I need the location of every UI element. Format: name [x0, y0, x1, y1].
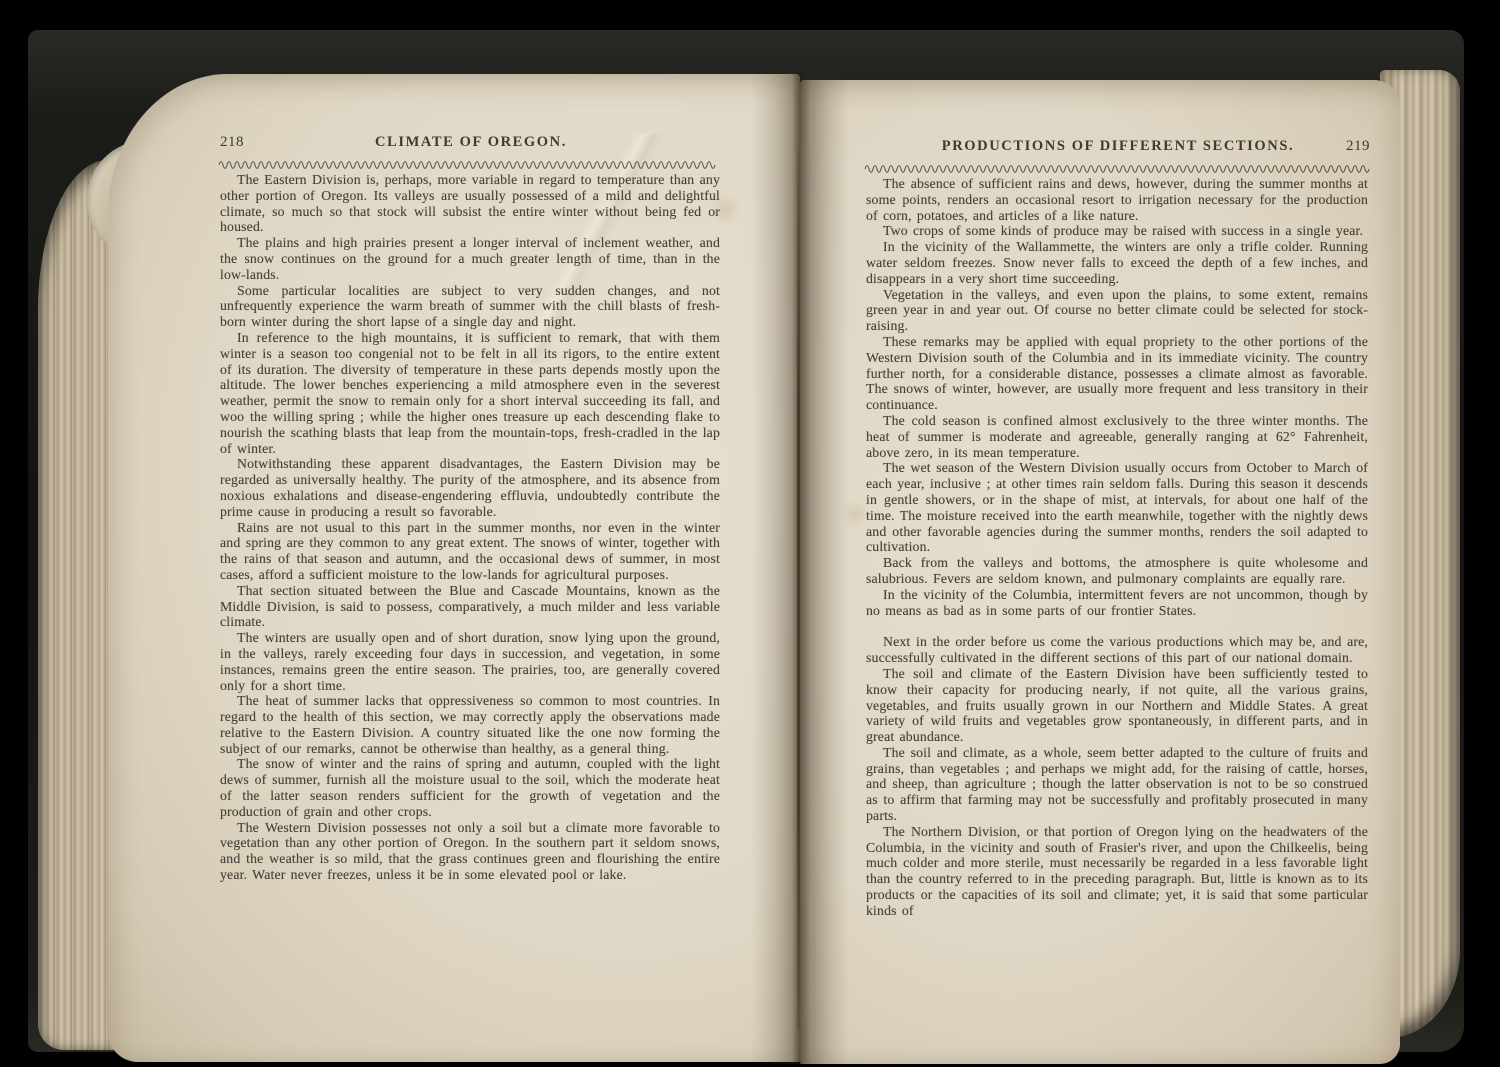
paragraph: The Eastern Division is, perhaps, more v…: [220, 172, 720, 235]
paragraph: Rains are not usual to this part in the …: [220, 520, 720, 583]
paragraph: The Western Division possesses not only …: [220, 820, 720, 883]
paragraph: The Northern Division, or that portion o…: [866, 824, 1368, 919]
paragraph: The winters are usually open and of shor…: [220, 630, 720, 693]
right-page-text: The absence of sufficient rains and dews…: [866, 176, 1368, 919]
paragraph: The plains and high prairies present a l…: [220, 235, 720, 282]
paragraph: The heat of summer lacks that oppressive…: [220, 693, 720, 756]
wavy-rule: [218, 160, 722, 169]
paragraph: The cold season is confined almost exclu…: [866, 413, 1368, 460]
paragraph: Notwithstanding these apparent disadvant…: [220, 456, 720, 519]
paragraph: The soil and climate of the Eastern Divi…: [866, 666, 1368, 745]
paragraph: These remarks may be applied with equal …: [866, 334, 1368, 413]
book: 218 CLIMATE OF OREGON. 218 The Eastern D…: [28, 30, 1464, 1052]
left-page-text: The Eastern Division is, perhaps, more v…: [220, 172, 720, 883]
paragraph: The absence of sufficient rains and dews…: [866, 176, 1368, 223]
paragraph: The wet season of the Western Division u…: [866, 460, 1368, 555]
paragraph: The soil and climate, as a whole, seem b…: [866, 745, 1368, 824]
wavy-rule: [864, 164, 1370, 173]
paragraph: The snow of winter and the rains of spri…: [220, 756, 720, 819]
running-header-row: 219 PRODUCTIONS OF DIFFERENT SECTIONS. 2…: [866, 138, 1370, 155]
paragraph: Some particular localities are subject t…: [220, 283, 720, 330]
paragraph: In the vicinity of the Columbia, intermi…: [866, 587, 1368, 619]
page-number: 218: [220, 134, 244, 151]
right-page: 219 PRODUCTIONS OF DIFFERENT SECTIONS. 2…: [800, 80, 1400, 1064]
paragraph: Back from the valleys and bottoms, the a…: [866, 555, 1368, 587]
paragraph: In reference to the high mountains, it i…: [220, 330, 720, 456]
paragraph: Next in the order before us come the var…: [866, 634, 1368, 666]
running-header-row: 218 CLIMATE OF OREGON. 218: [220, 134, 722, 151]
paragraph: In the vicinity of the Wallammette, the …: [866, 239, 1368, 286]
page-number: 219: [1346, 138, 1370, 155]
paragraph: Two crops of some kinds of produce may b…: [866, 223, 1368, 239]
paragraph: That section situated between the Blue a…: [220, 583, 720, 630]
left-page: 218 CLIMATE OF OREGON. 218 The Eastern D…: [108, 74, 800, 1062]
paragraph: Vegetation in the valleys, and even upon…: [866, 287, 1368, 334]
running-header: PRODUCTIONS OF DIFFERENT SECTIONS.: [890, 138, 1346, 155]
running-header: CLIMATE OF OREGON.: [244, 134, 698, 151]
